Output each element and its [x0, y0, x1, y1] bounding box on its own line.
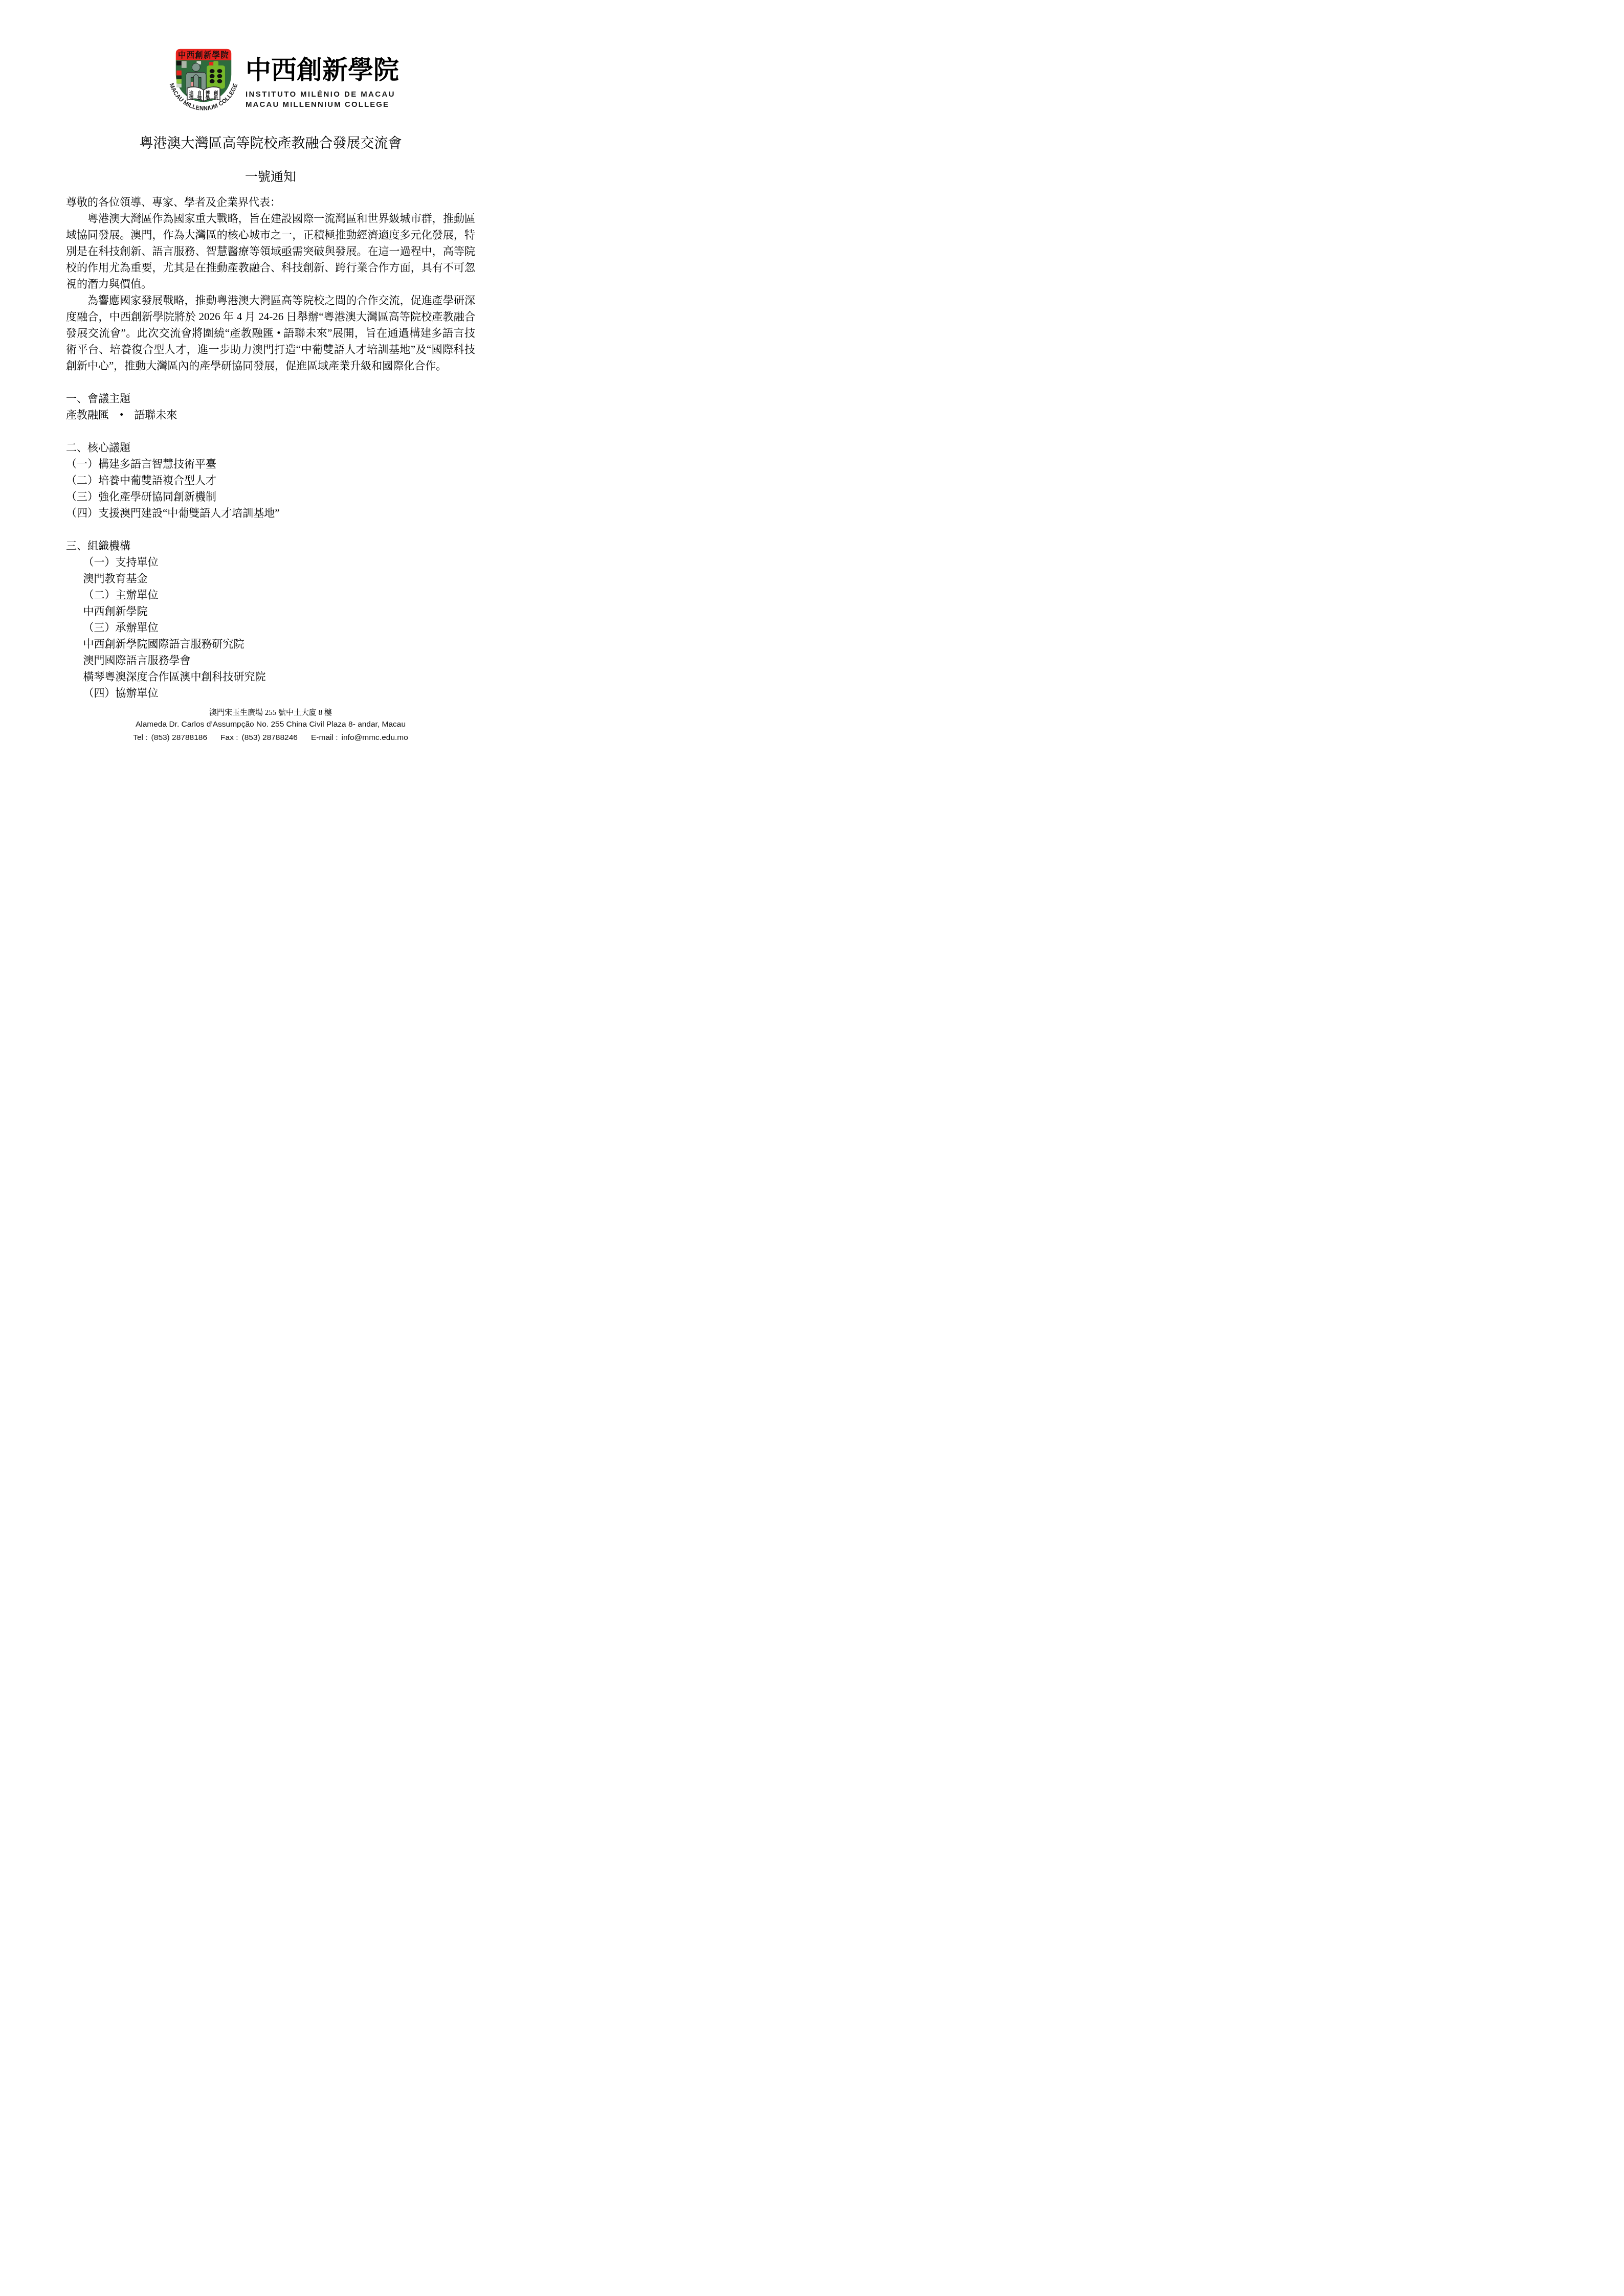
crest-band-text: 中西創新學院 — [178, 50, 229, 60]
section-2-item: （一）構建多語言智慧技術平臺 — [66, 456, 475, 472]
section-3-item: 中西創新學院國際語言服務研究院 — [66, 636, 475, 652]
section-2-heading: 二、核心議題 — [66, 439, 475, 456]
blank-line — [66, 423, 475, 439]
section-3-item: 中西創新學院 — [66, 603, 475, 619]
salutation: 尊敬的各位領導、專家、學者及企業界代表： — [66, 194, 475, 210]
college-logotype: 中西創新學院 INSTITUTO MILÉNIO DE MACAU MACAU … — [246, 54, 402, 109]
footer-address-en: Alameda Dr. Carlos d’Assumpção No. 255 C… — [0, 720, 541, 729]
doc-subtitle: 一號通知 — [0, 170, 541, 185]
section-3-heading: 三、組織機構 — [66, 537, 475, 554]
footer-fax-label: Fax : — [220, 733, 238, 742]
footer-fax: Fax : (853) 28788246 — [220, 733, 298, 742]
document-page: 進自博創 德強學新 中西創新學院 MACAU MILLENNIUM COLLEG… — [0, 0, 541, 766]
college-name-en: MACAU MILLENNIUM COLLEGE — [246, 100, 402, 109]
footer-email-label: E-mail : — [311, 733, 338, 742]
section-2-item: （三）強化產學研協同創新機制 — [66, 488, 475, 505]
section-3-item: 澳門國際語言服務學會 — [66, 652, 475, 668]
section-3-item: （四）協辦單位 — [66, 685, 475, 701]
footer-fax-value: (853) 28788246 — [242, 733, 298, 742]
footer-address-zh: 澳門宋玉生廣場 255 號中土大廈 8 樓 — [0, 707, 541, 717]
section-2-item: （二）培養中葡雙語複合型人才 — [66, 472, 475, 488]
section-2-item: （四）支援澳門建設“中葡雙語人才培訓基地” — [66, 505, 475, 521]
college-logo: 進自博創 德強學新 中西創新學院 MACAU MILLENNIUM COLLEG… — [169, 44, 402, 117]
section-3-item: （一）支持單位 — [66, 554, 475, 570]
crest-motto-row1: 進自博創 — [189, 90, 222, 96]
section-3-item: （二）主辦單位 — [66, 587, 475, 603]
section-1-item: 產教融匯 • 語聯未來 — [66, 407, 475, 423]
blank-line — [66, 374, 475, 390]
section-1-heading: 一、會議主題 — [66, 390, 475, 407]
doc-title: 粵港澳大灣區高等院校產教融合發展交流會 — [0, 135, 541, 151]
footer-tel: Tel : (853) 28788186 — [133, 733, 207, 742]
college-name-pt: INSTITUTO MILÉNIO DE MACAU — [246, 90, 402, 99]
footer-tel-value: (853) 28788186 — [151, 733, 207, 742]
doc-body: 尊敬的各位領導、專家、學者及企業界代表： 粵港澳大灣區作為國家重大戰略，旨在建設… — [66, 194, 475, 701]
college-crest-icon: 進自博創 德強學新 中西創新學院 MACAU MILLENNIUM COLLEG… — [169, 44, 238, 117]
footer-email: E-mail : info@mmc.edu.mo — [311, 733, 408, 742]
footer-contact: Tel : (853) 28788186 Fax : (853) 2878824… — [0, 733, 541, 742]
section-3-item: （三）承辦單位 — [66, 619, 475, 636]
college-name-zh: 中西創新學院 — [246, 54, 402, 86]
blank-line — [66, 521, 475, 537]
paragraph-2: 為響應國家發展戰略，推動粵港澳大灣區高等院校之間的合作交流，促進產學研深度融合，… — [66, 292, 475, 374]
paragraph-1: 粵港澳大灣區作為國家重大戰略，旨在建設國際一流灣區和世界級城市群，推動區域協同發… — [66, 210, 475, 292]
footer-email-value: info@mmc.edu.mo — [342, 733, 408, 742]
section-3-item: 澳門教育基金 — [66, 570, 475, 587]
section-3-item: 橫琴粵澳深度合作區澳中創科技研究院 — [66, 668, 475, 685]
footer-tel-label: Tel : — [133, 733, 147, 742]
crest-motto-row2: 德強學新 — [189, 95, 222, 100]
crest-book-icon: 進自博創 德強學新 — [187, 87, 222, 101]
